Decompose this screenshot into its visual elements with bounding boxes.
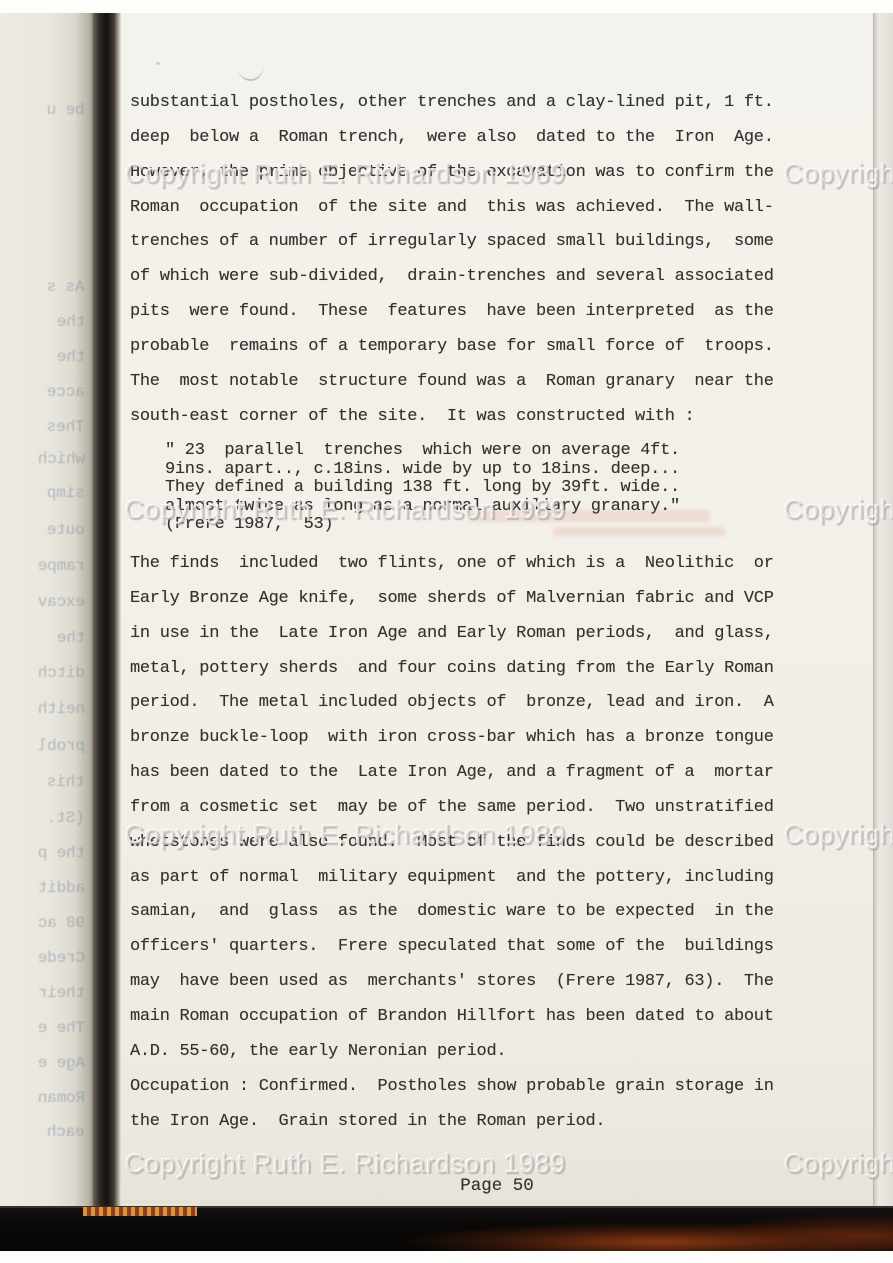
bleedthrough-word: which xyxy=(38,450,85,468)
text-line: the Iron Age. Grain stored in the Roman … xyxy=(130,1105,774,1140)
bleedthrough-word: Age e xyxy=(38,1054,85,1072)
text-line: A.D. 55-60, the early Neronian period. xyxy=(130,1035,774,1070)
bleedthrough-word: neith xyxy=(38,700,85,718)
text-line: as part of normal military equipment and… xyxy=(130,861,774,896)
paragraph-block-1: substantial postholes, other trenches an… xyxy=(130,86,774,434)
text-line: main Roman occupation of Brandon Hillfor… xyxy=(130,1000,774,1035)
text-line: officers' quarters. Frere speculated tha… xyxy=(130,930,774,965)
page-number: Page 50 xyxy=(121,1176,873,1196)
text-line: Roman occupation of the site and this wa… xyxy=(130,191,774,226)
facing-page-edge: be uAs sthetheacceTheswhichsimpouterampe… xyxy=(0,13,93,1208)
text-line: of which were sub-divided, drain-trenche… xyxy=(130,260,774,295)
bleedthrough-word: the xyxy=(57,629,85,647)
bleedthrough-word: oute xyxy=(47,521,85,539)
text-line: metal, pottery sherds and four coins dat… xyxy=(130,652,774,687)
bleedthrough-word: As s xyxy=(47,278,85,296)
bleedthrough-word: the p xyxy=(38,844,85,862)
bleedthrough-word: the xyxy=(57,348,85,366)
bleedthrough-word: simp xyxy=(47,484,85,502)
bleedthrough-word: (St. xyxy=(47,809,85,827)
text-line: has been dated to the Late Iron Age, and… xyxy=(130,756,774,791)
text-line: in use in the Late Iron Age and Early Ro… xyxy=(130,617,774,652)
text-line: south-east corner of the site. It was co… xyxy=(130,400,774,435)
page-right-edge xyxy=(873,13,893,1208)
pencil-dot xyxy=(156,62,160,65)
text-line: The most notable structure found was a R… xyxy=(130,365,774,400)
bleedthrough-word: excav xyxy=(38,593,85,611)
bleedthrough-word: acce xyxy=(47,383,85,401)
copyright-watermark: Copyright Ruth E. Richardson 1989 xyxy=(125,495,566,526)
text-line: deep below a Roman trench, were also dat… xyxy=(130,121,774,156)
text-line: probable remains of a temporary base for… xyxy=(130,330,774,365)
bleedthrough-word: probl xyxy=(38,737,85,755)
quote-line: 9ins. apart.., c.18ins. wide by up to 18… xyxy=(165,461,680,480)
book-gutter-shadow xyxy=(93,13,121,1208)
bleedthrough-word: this xyxy=(47,773,85,791)
text-line: bronze buckle-loop with iron cross-bar w… xyxy=(130,721,774,756)
scanned-book-page: be uAs sthetheacceTheswhichsimpouterampe… xyxy=(0,0,893,1263)
text-line: may have been used as merchants' stores … xyxy=(130,965,774,1000)
text-line: substantial postholes, other trenches an… xyxy=(130,86,774,121)
copyright-watermark: Copyright Ruth E. Richardson 1989 xyxy=(125,820,566,851)
scan-bottom-margin xyxy=(0,1251,893,1263)
bleedthrough-word: their xyxy=(38,984,85,1002)
bleedthrough-word: 98 ac xyxy=(38,914,85,932)
text-line: period. The metal included objects of br… xyxy=(130,686,774,721)
copyright-watermark: Copyright Ruth E. Richardson 1989 xyxy=(125,159,566,190)
text-line: pits were found. These features have bee… xyxy=(130,295,774,330)
bleedthrough-word: Roman xyxy=(38,1089,85,1107)
bleedthrough-word: rampe xyxy=(38,557,85,575)
copyright-watermark-fragment: Copyright xyxy=(784,820,893,851)
headband-stripes xyxy=(83,1207,197,1216)
copyright-watermark-fragment: Copyright xyxy=(784,159,893,190)
text-line: Early Bronze Age knife, some sherds of M… xyxy=(130,582,774,617)
bleedthrough-text-layer: be uAs sthetheacceTheswhichsimpouterampe… xyxy=(0,13,93,1208)
bleedthrough-word: Crede xyxy=(38,949,85,967)
bleedthrough-word: be u xyxy=(47,101,85,119)
bleedthrough-word: ditch xyxy=(38,664,85,682)
bleedthrough-word: addit xyxy=(38,879,85,897)
text-line: The finds included two flints, one of wh… xyxy=(130,547,774,582)
bleedthrough-word: each xyxy=(47,1123,85,1141)
copyright-watermark-fragment: Copyright xyxy=(784,495,893,526)
bleedthrough-word: the xyxy=(57,313,85,331)
bleedthrough-word: Thes xyxy=(47,418,85,436)
text-line: trenches of a number of irregularly spac… xyxy=(130,225,774,260)
text-line: Occupation : Confirmed. Postholes show p… xyxy=(130,1070,774,1105)
quote-line: " 23 parallel trenches which were on ave… xyxy=(165,442,680,461)
bleedthrough-word: The e xyxy=(38,1019,85,1037)
text-line: samian, and glass as the domestic ware t… xyxy=(130,895,774,930)
